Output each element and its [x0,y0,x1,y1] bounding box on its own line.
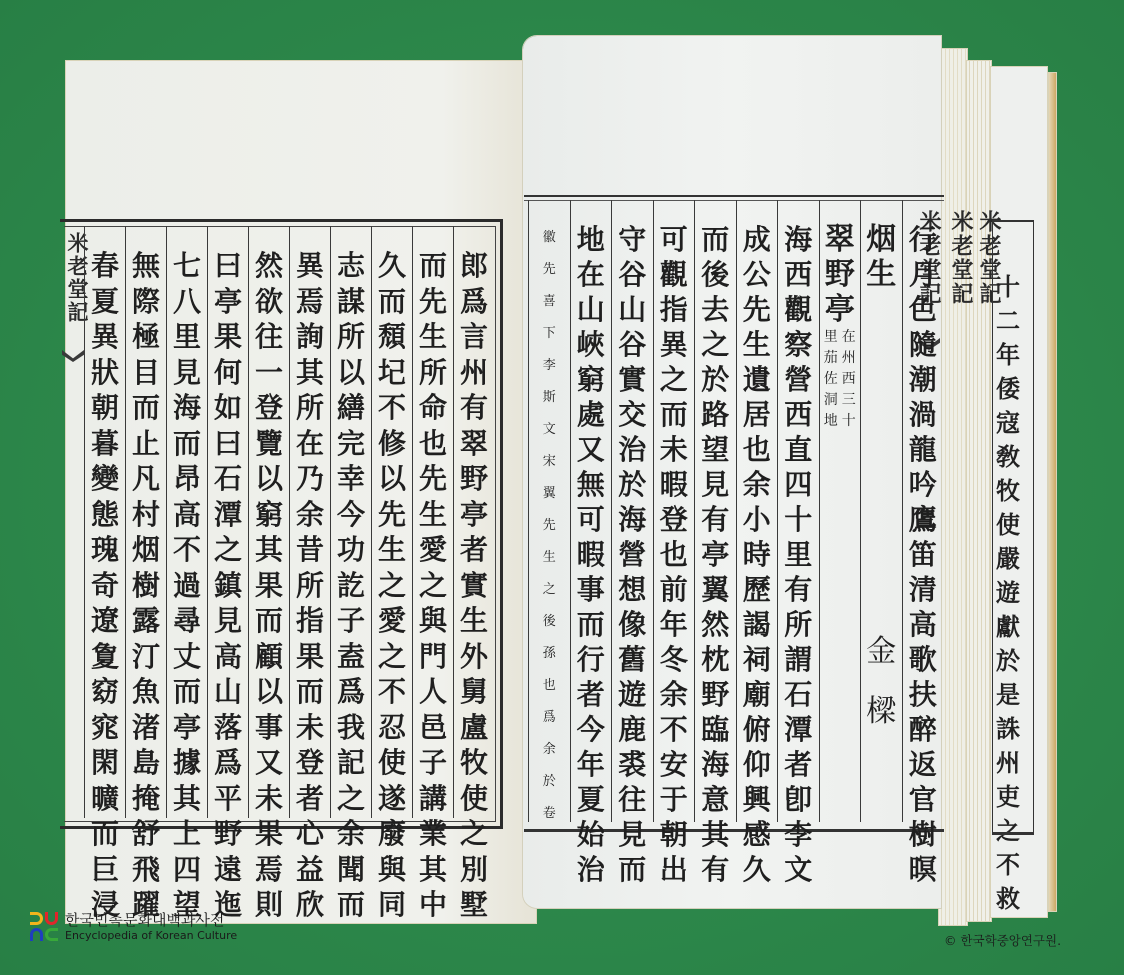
annotation-note: 在州西三十里茄佐洞地 [824,327,856,432]
text-column: 而後去之於路望見有亭翼然枕野臨海意其有 [694,200,736,822]
right-page-text-columns: 行月色隨潮渦龍吟鷹笛清高歌扶醉返官樹暝烟生金樑翠野亭在州西三十里茄佐洞地海西觀察… [528,200,943,822]
text-column-title: 翠野亭在州西三十里茄佐洞地 [819,200,861,822]
text-column-small: 徽先喜下李斯文宋翼先生之後孫也爲余於卷 [528,200,570,822]
text-column: 可觀指異之而未暇登也前年冬余不安于朝出 [653,200,695,822]
text-column: 地在山峽窮處又無可暇事而行者今年夏始治 [570,200,612,822]
text-column: 郎爲言州有翠野亭者實生外舅盧牧使之別墅 [453,226,494,818]
text-column: 行月色隨潮渦龍吟鷹笛清高歌扶醉返官樹暝 [902,200,944,822]
text-column: 七八里見海而昂高不過尋丈而亭據其上四望 [166,226,207,818]
stack-frame [992,220,1034,835]
text-column: 成公先生遺居也余小時歷謁祠廟俯仰興感久 [736,200,778,822]
watermark-korean: 한국민족문화대백과사전 [65,913,237,928]
text-column: 志謀所以繕完幸今功訖子盍爲我記之余聞而 [330,226,371,818]
text-column: 守谷山谷實交治於海營想像舊遊鹿裘往見而 [611,200,653,822]
copyright-watermark: © 한국학중앙연구원. [944,931,1061,949]
text-column: 春夏異狀朝暮變態瑰奇遼夐窈窕閑曠而巨浸 [84,226,125,818]
text-column: 無際極目而止凡村烟樹露汀魚渚島掩舒飛躍 [125,226,166,818]
left-page-text-columns: 郎爲言州有翠野亭者實生外舅盧牧使之別墅而先生所命也先生愛之與門人邑子講業其中久而… [84,226,494,818]
encyclopedia-watermark: 한국민족문화대백과사전 Encyclopedia of Korean Cultu… [30,912,237,942]
author-name: 金樑 [866,622,896,742]
text-column: 曰亭果何如曰石潭之鎮見高山落爲平野遠迤 [207,226,248,818]
text-column: 久而頹圮不修以先生之愛之不忍使遂廢與同 [371,226,412,818]
watermark-english: Encyclopedia of Korean Culture [65,930,237,941]
text-column-heading: 烟生金樑 [860,200,902,822]
stack-spine-title-1: 米老堂記 [946,210,977,306]
book-edge [1048,72,1057,912]
text-column: 海西觀察營西直四十里有所謂石潭者卽李文 [777,200,819,822]
text-column: 而先生所命也先生愛之與門人邑子講業其中 [412,226,453,818]
text-column: 然欲往一登覽以窮其果而顧以事又未果焉則 [248,226,289,818]
page-stack-2 [966,60,992,922]
encyclopedia-logo-icon [30,912,60,942]
text-column: 異焉詢其所在乃余昔所指果而未登者心益欣 [289,226,330,818]
